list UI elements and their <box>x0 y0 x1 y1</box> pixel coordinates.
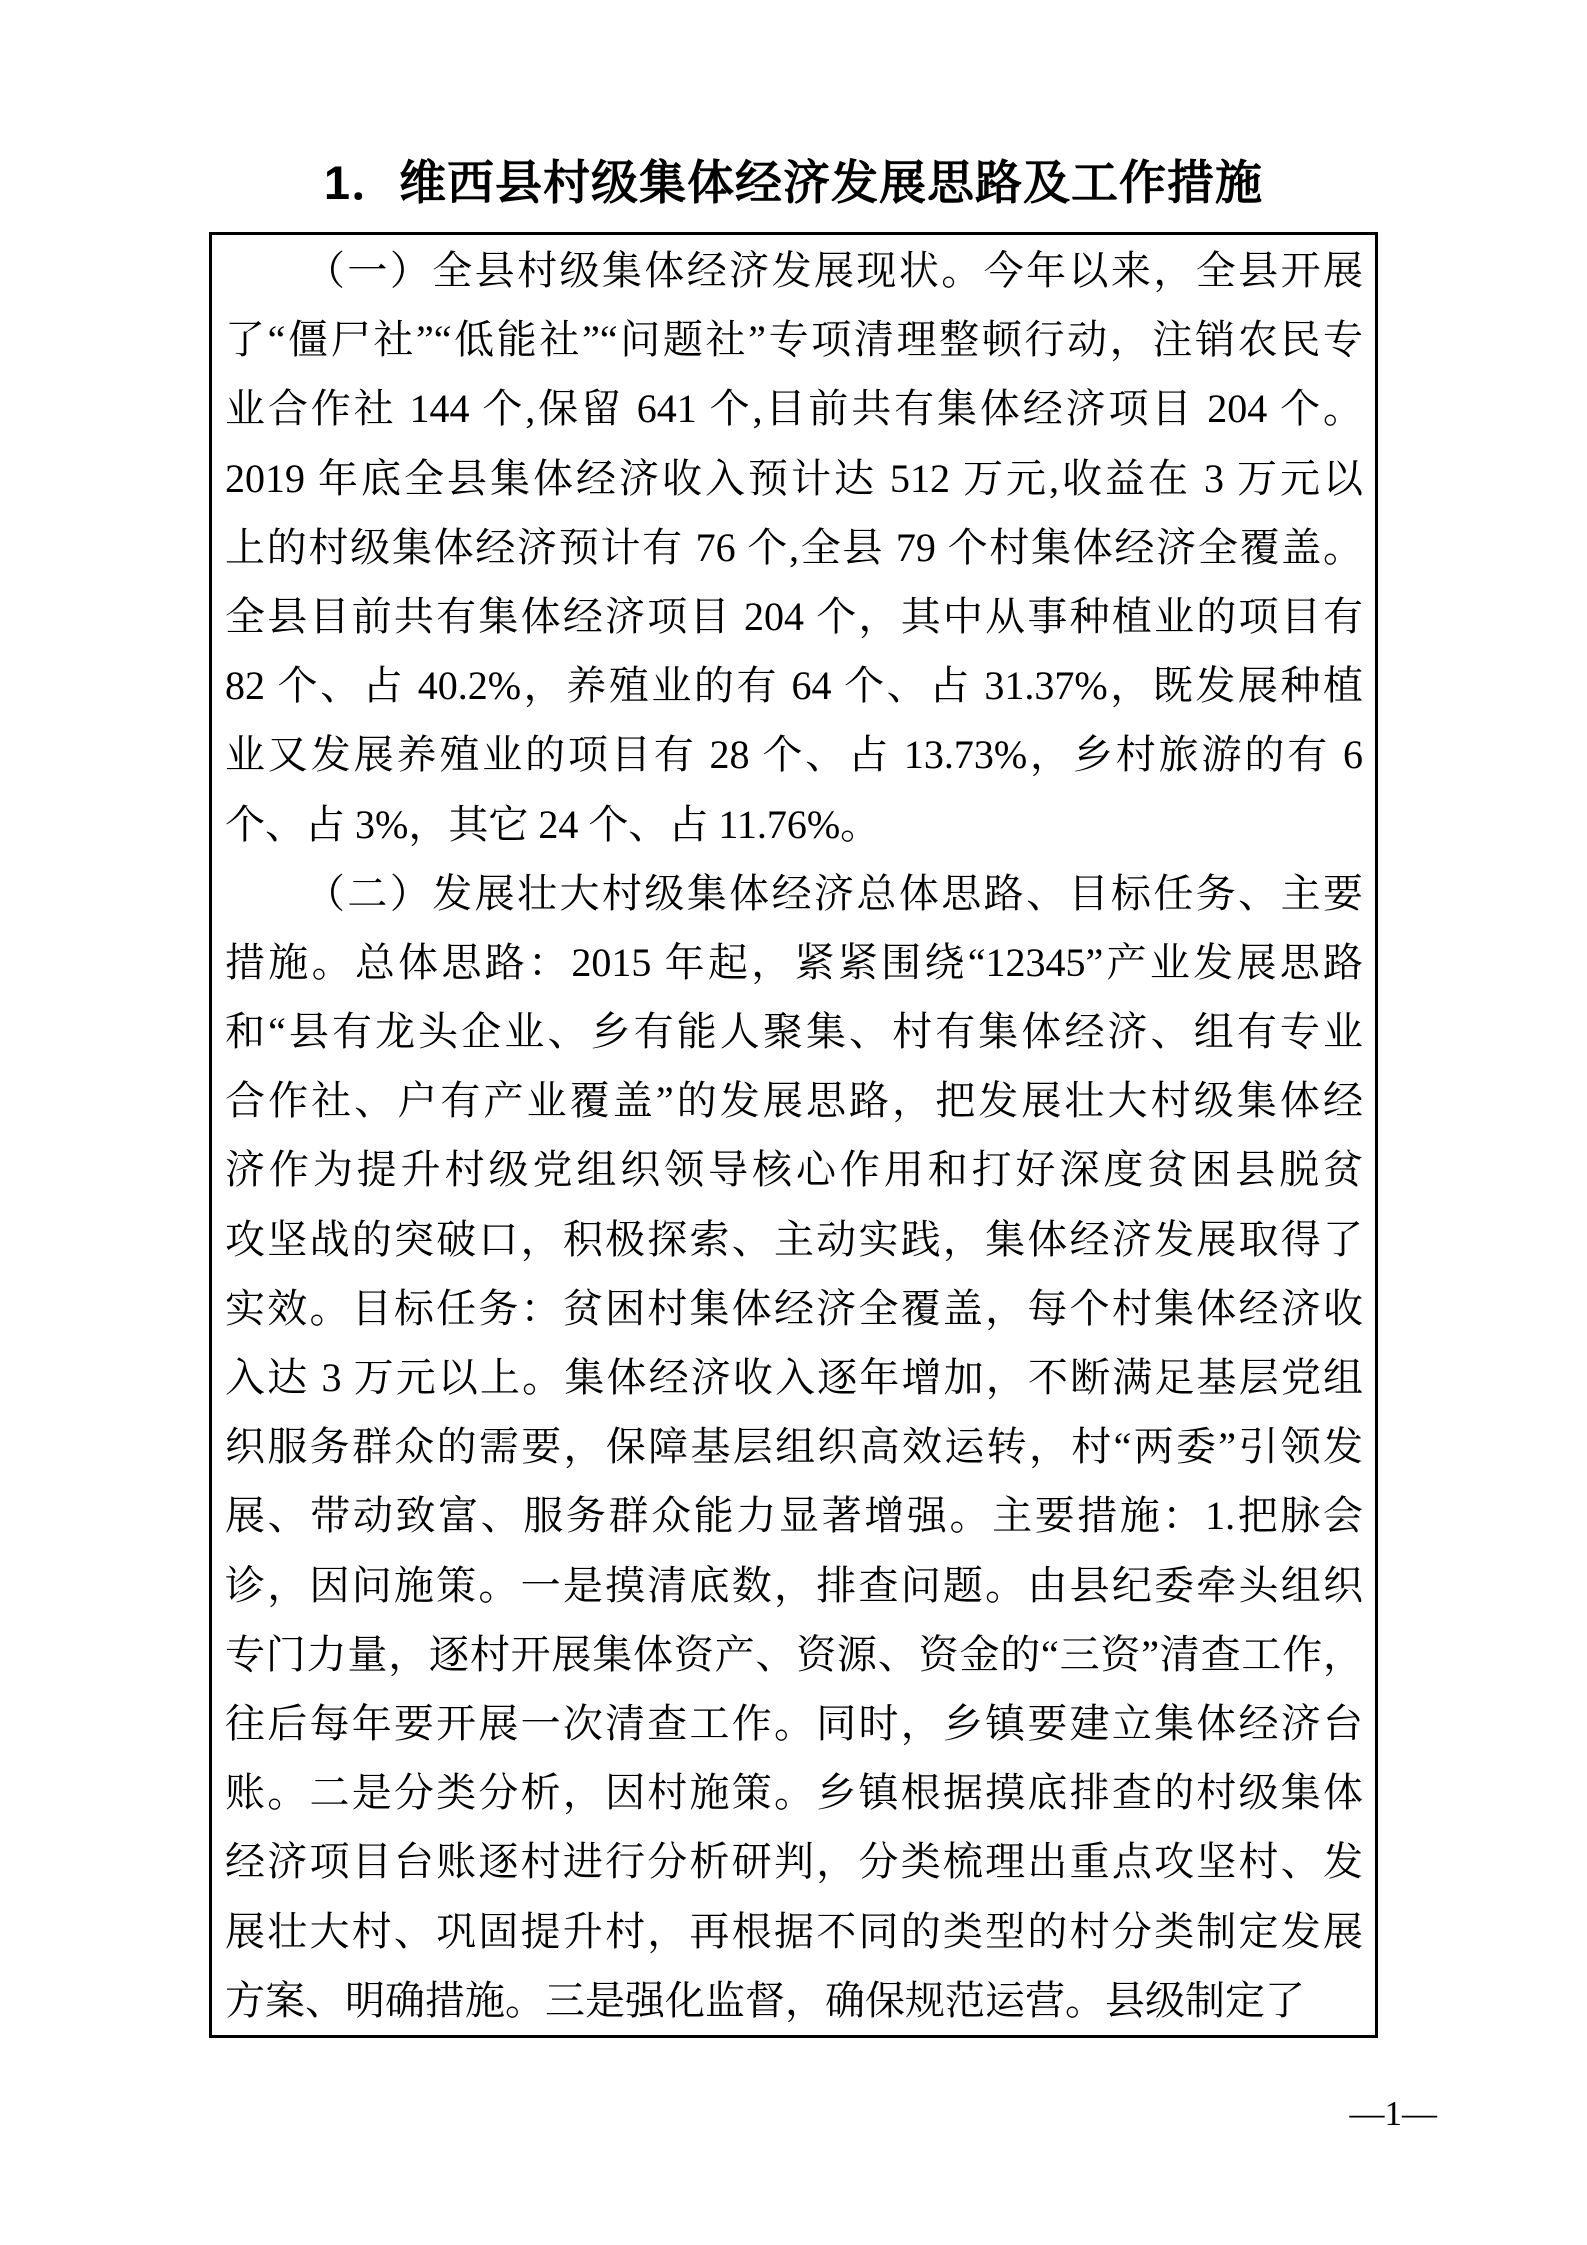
paragraph-2-line: 入达 3 万元以上。集体经济收入逐年增加，不断满足基层党组 <box>225 1343 1363 1412</box>
paragraph-1-line: （一）全县村级集体经济发展现状。今年以来，全县开展 <box>225 236 1363 305</box>
paragraph-1-line: 82 个、占 40.2%，养殖业的有 64 个、占 31.37%，既发展种植 <box>225 651 1363 720</box>
paragraph-2-line: 措施。总体思路：2015 年起，紧紧围绕“12345”产业发展思路 <box>225 928 1363 997</box>
document-title: 1．维西县村级集体经济发展思路及工作措施 <box>0 152 1587 214</box>
paragraph-1-line: 全县目前共有集体经济项目 204 个，其中从事种植业的项目有 <box>225 582 1363 651</box>
paragraph-2-line: 专门力量，逐村开展集体资产、资源、资金的“三资”清查工作， <box>225 1620 1363 1689</box>
paragraph-2-line: 织服务群众的需要，保障基层组织高效运转，村“两委”引领发 <box>225 1412 1363 1481</box>
paragraph-2-line: 方案、明确措施。三是强化监督，确保规范运营。县级制定了 <box>225 1966 1363 2035</box>
paragraph-1-line: 业合作社 144 个,保留 641 个,目前共有集体经济项目 204 个。 <box>225 374 1363 443</box>
content-box: （一）全县村级集体经济发展现状。今年以来，全县开展了“僵尸社”“低能社”“问题社… <box>209 232 1378 2038</box>
paragraph-1-line: 2019 年底全县集体经济收入预计达 512 万元,收益在 3 万元以 <box>225 444 1363 513</box>
paragraph-2-line: 账。二是分类分析，因村施策。乡镇根据摸底排查的村级集体 <box>225 1758 1363 1827</box>
paragraph-2-line: 和“县有龙头企业、乡有能人聚集、村有集体经济、组有专业 <box>225 997 1363 1066</box>
paragraph-2-line: 攻坚战的突破口，积极探索、主动实践，集体经济发展取得了 <box>225 1205 1363 1274</box>
paragraph-2-line: 实效。目标任务：贫困村集体经济全覆盖，每个村集体经济收 <box>225 1274 1363 1343</box>
paragraph-2-line: （二）发展壮大村级集体经济总体思路、目标任务、主要 <box>225 859 1363 928</box>
paragraph-1-line: 业又发展养殖业的项目有 28 个、占 13.73%，乡村旅游的有 6 <box>225 720 1363 789</box>
paragraph-1-line: 了“僵尸社”“低能社”“问题社”专项清理整顿行动，注销农民专 <box>225 305 1363 374</box>
paragraph-1-line: 上的村级集体经济预计有 76 个,全县 79 个村集体经济全覆盖。 <box>225 513 1363 582</box>
paragraph-1-line: 个、占 3%，其它 24 个、占 11.76%。 <box>225 790 1363 859</box>
paragraph-2-line: 展、带动致富、服务群众能力显著增强。主要措施：1.把脉会 <box>225 1481 1363 1550</box>
page-number: —1— <box>1350 2093 1438 2135</box>
paragraph-2-line: 诊，因问施策。一是摸清底数，排查问题。由县纪委牵头组织 <box>225 1551 1363 1620</box>
paragraph-2-line: 济作为提升村级党组织领导核心作用和打好深度贫困县脱贫 <box>225 1135 1363 1204</box>
document-page: 1．维西县村级集体经济发展思路及工作措施 （一）全县村级集体经济发展现状。今年以… <box>0 0 1587 2245</box>
paragraph-2-line: 经济项目台账逐村进行分析研判，分类梳理出重点攻坚村、发 <box>225 1827 1363 1896</box>
paragraph-2-line: 合作社、户有产业覆盖”的发展思路，把发展壮大村级集体经 <box>225 1066 1363 1135</box>
paragraph-2-line: 往后每年要开展一次清查工作。同时，乡镇要建立集体经济台 <box>225 1689 1363 1758</box>
paragraph-2-line: 展壮大村、巩固提升村，再根据不同的类型的村分类制定发展 <box>225 1897 1363 1966</box>
